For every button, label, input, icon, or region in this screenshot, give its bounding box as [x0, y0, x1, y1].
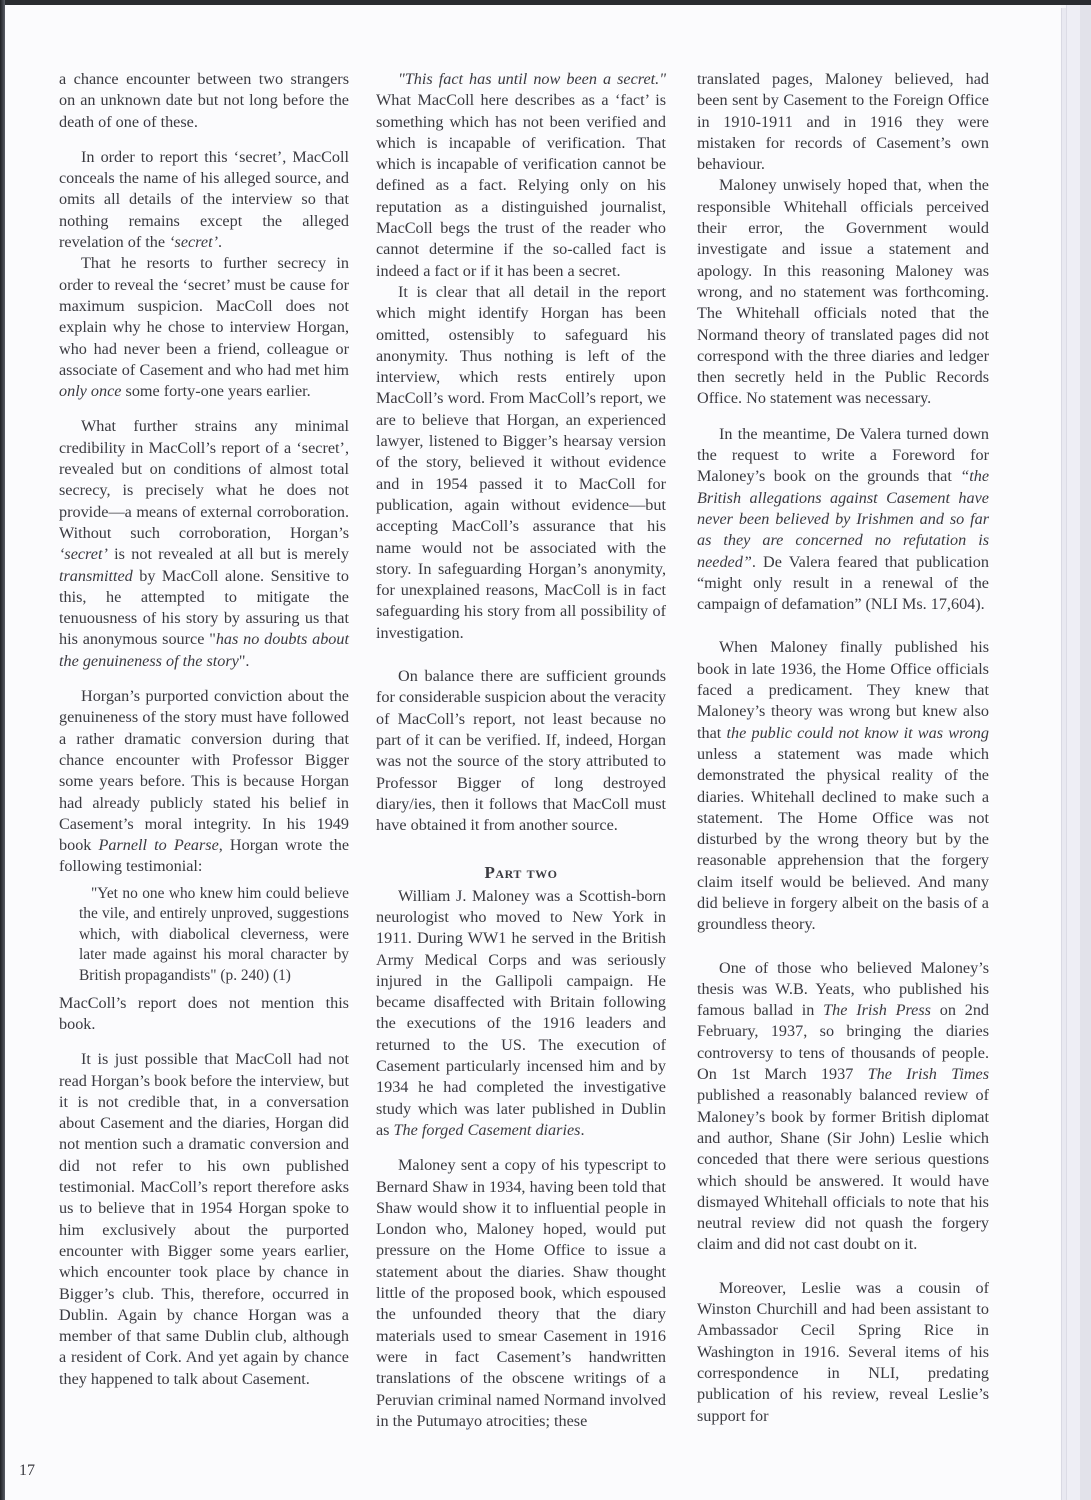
text-column-3: translated pages, Maloney believed, had …: [697, 69, 989, 1427]
page-number: 17: [19, 1462, 35, 1480]
paragraph: In the meantime, De Valera turned down t…: [697, 424, 989, 616]
block-quote: "Yet no one who knew him could believe t…: [79, 884, 349, 987]
paragraph: MacColl’s report does not mention this b…: [59, 993, 349, 1036]
page-edge: [1066, 5, 1081, 1500]
paragraph: In order to report this ‘secret’, MacCol…: [59, 147, 349, 253]
paragraph: It is clear that all detail in the repor…: [376, 282, 666, 644]
text-column-1: a chance encounter between two strangers…: [59, 69, 349, 1390]
paragraph: Moreover, Leslie was a cousin of Winston…: [697, 1278, 989, 1427]
paragraph: One of those who believed Maloney’s thes…: [697, 958, 989, 1256]
paragraph: "This fact has until now been a secret."…: [376, 69, 666, 282]
paragraph: translated pages, Maloney believed, had …: [697, 69, 989, 175]
paragraph: Horgan’s purported conviction about the …: [59, 686, 349, 878]
paragraph: It is just possible that MacColl had not…: [59, 1049, 349, 1390]
paragraph: That he resorts to further secrecy in or…: [59, 253, 349, 402]
paragraph: When Maloney finally published his book …: [697, 637, 989, 935]
paragraph: Maloney unwisely hoped that, when the re…: [697, 175, 989, 409]
section-heading: Part two: [376, 862, 666, 883]
paragraph: a chance encounter between two strangers…: [59, 69, 349, 133]
page-edge: [1080, 5, 1091, 1500]
paragraph: William J. Maloney was a Scottish-born n…: [376, 886, 666, 1142]
paragraph: On balance there are sufficient grounds …: [376, 666, 666, 836]
paragraph: What further strains any minimal credibi…: [59, 416, 349, 672]
text-column-2: "This fact has until now been a secret."…: [376, 69, 666, 1432]
paragraph: Maloney sent a copy of his typescript to…: [376, 1155, 666, 1432]
